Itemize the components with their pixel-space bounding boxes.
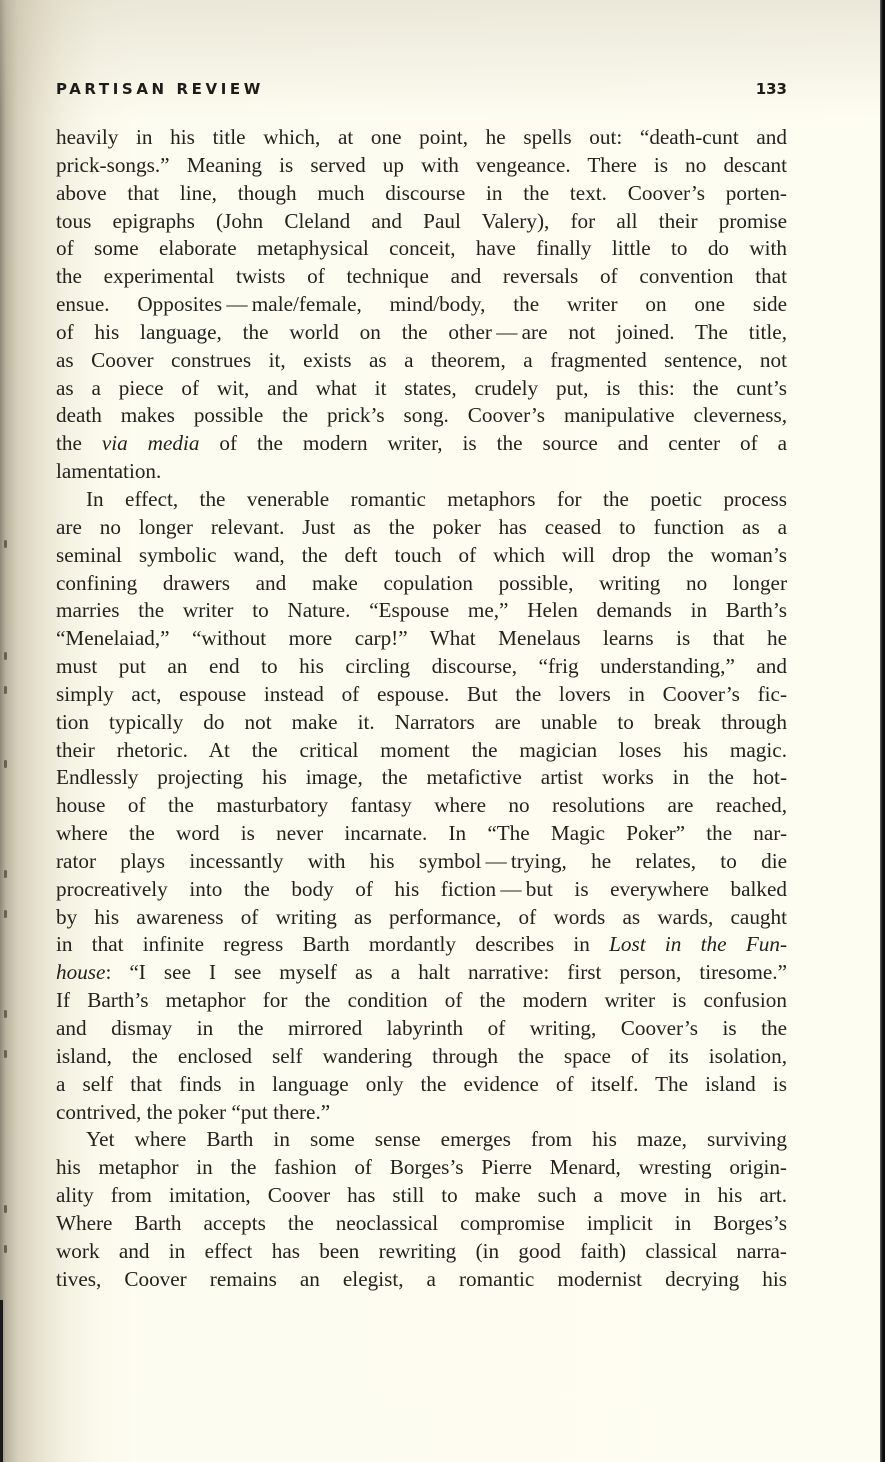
text-run: the — [56, 431, 102, 455]
text-line: are no longer relevant. Just as the poke… — [56, 514, 787, 542]
text-line: marries the writer to Nature. “Espouse m… — [56, 597, 787, 625]
text-line: procreatively into the body of his ficti… — [56, 876, 787, 904]
page-header: PARTISAN REVIEW 133 — [56, 80, 787, 104]
paragraph-1: heavily in his title which, at one point… — [56, 124, 787, 486]
text-line: a self that finds in language only the e… — [56, 1071, 787, 1099]
text-line: Where Barth accepts the neoclassical com… — [56, 1210, 787, 1238]
text-line: as Coover construes it, exists as a theo… — [56, 347, 787, 375]
gutter-mark — [4, 1050, 7, 1058]
gutter-mark — [4, 760, 7, 768]
text-line: of some elaborate metaphysical conceit, … — [56, 235, 787, 263]
text-line: ensue. Opposites — male/female, mind/bod… — [56, 291, 787, 319]
text-run: in that infinite regress Barth mordantly… — [56, 932, 609, 956]
italic-phrase: via media — [102, 431, 200, 455]
text-line: above that line, though much discourse i… — [56, 180, 787, 208]
text-line: simply act, espouse instead of espouse. … — [56, 681, 787, 709]
gutter-mark — [4, 540, 7, 548]
gutter-mark — [4, 686, 7, 694]
text-line: island, the enclosed self wandering thro… — [56, 1043, 787, 1071]
text-line: heavily in his title which, at one point… — [56, 124, 787, 152]
text-line: Endlessly projecting his image, the meta… — [56, 764, 787, 792]
text-run: of the modern writer, is the source and … — [199, 431, 787, 455]
italic-title: Lost in the Fun- — [609, 932, 787, 956]
text-line: seminal symbolic wand, the deft touch of… — [56, 542, 787, 570]
paragraph-2: In effect, the venerable romantic metaph… — [56, 486, 787, 1126]
text-line: work and in effect has been rewriting (i… — [56, 1238, 787, 1266]
text-run: : “I see I see myself as a halt narrativ… — [105, 960, 787, 984]
text-line: tives, Coover remains an elegist, a roma… — [56, 1266, 787, 1294]
text-line: where the word is never incarnate. In “T… — [56, 820, 787, 848]
text-line: Yet where Barth in some sense emerges fr… — [56, 1126, 787, 1154]
text-line: If Barth’s metaphor for the condition of… — [56, 987, 787, 1015]
text-line: by his awareness of writing as performan… — [56, 904, 787, 932]
page-right-edge — [880, 0, 885, 1462]
gutter-mark — [4, 652, 7, 660]
text-line: contrived, the poker “put there.” — [56, 1099, 787, 1127]
text-line: In effect, the venerable romantic metaph… — [56, 486, 787, 514]
scanned-page: PARTISAN REVIEW 133 heavily in his title… — [0, 0, 885, 1462]
text-line: must put an end to his circling discours… — [56, 653, 787, 681]
text-line: of his language, the world on the other … — [56, 319, 787, 347]
running-head: PARTISAN REVIEW — [56, 80, 264, 98]
body-text: heavily in his title which, at one point… — [56, 124, 787, 1293]
text-line: rator plays incessantly with his symbol … — [56, 848, 787, 876]
text-line: their rhetoric. At the critical moment t… — [56, 737, 787, 765]
text-line: house: “I see I see myself as a halt nar… — [56, 959, 787, 987]
text-line: tous epigraphs (John Cleland and Paul Va… — [56, 208, 787, 236]
page-left-edge — [0, 1300, 3, 1462]
text-line: the experimental twists of technique and… — [56, 263, 787, 291]
text-line: tion typically do not make it. Narrators… — [56, 709, 787, 737]
gutter-mark — [4, 1245, 7, 1253]
gutter-mark — [4, 910, 7, 918]
gutter-mark — [4, 870, 7, 878]
text-line: prick-songs.” Meaning is served up with … — [56, 152, 787, 180]
text-line: lamentation. — [56, 458, 787, 486]
text-line: “Menelaiad,” “without more carp!” What M… — [56, 625, 787, 653]
page-number: 133 — [756, 80, 787, 98]
paragraph-3: Yet where Barth in some sense emerges fr… — [56, 1126, 787, 1293]
text-line: ality from imitation, Coover has still t… — [56, 1182, 787, 1210]
italic-title: house — [56, 960, 105, 984]
text-line: in that infinite regress Barth mordantly… — [56, 931, 787, 959]
text-line: as a piece of wit, and what it states, c… — [56, 375, 787, 403]
text-line: house of the masturbatory fantasy where … — [56, 792, 787, 820]
text-line: his metaphor in the fashion of Borges’s … — [56, 1154, 787, 1182]
text-line: and dismay in the mirrored labyrinth of … — [56, 1015, 787, 1043]
gutter-mark — [4, 1205, 7, 1213]
text-line: death makes possible the prick’s song. C… — [56, 402, 787, 430]
gutter-mark — [4, 1010, 7, 1018]
text-line: the via media of the modern writer, is t… — [56, 430, 787, 458]
text-line: confining drawers and make copulation po… — [56, 570, 787, 598]
